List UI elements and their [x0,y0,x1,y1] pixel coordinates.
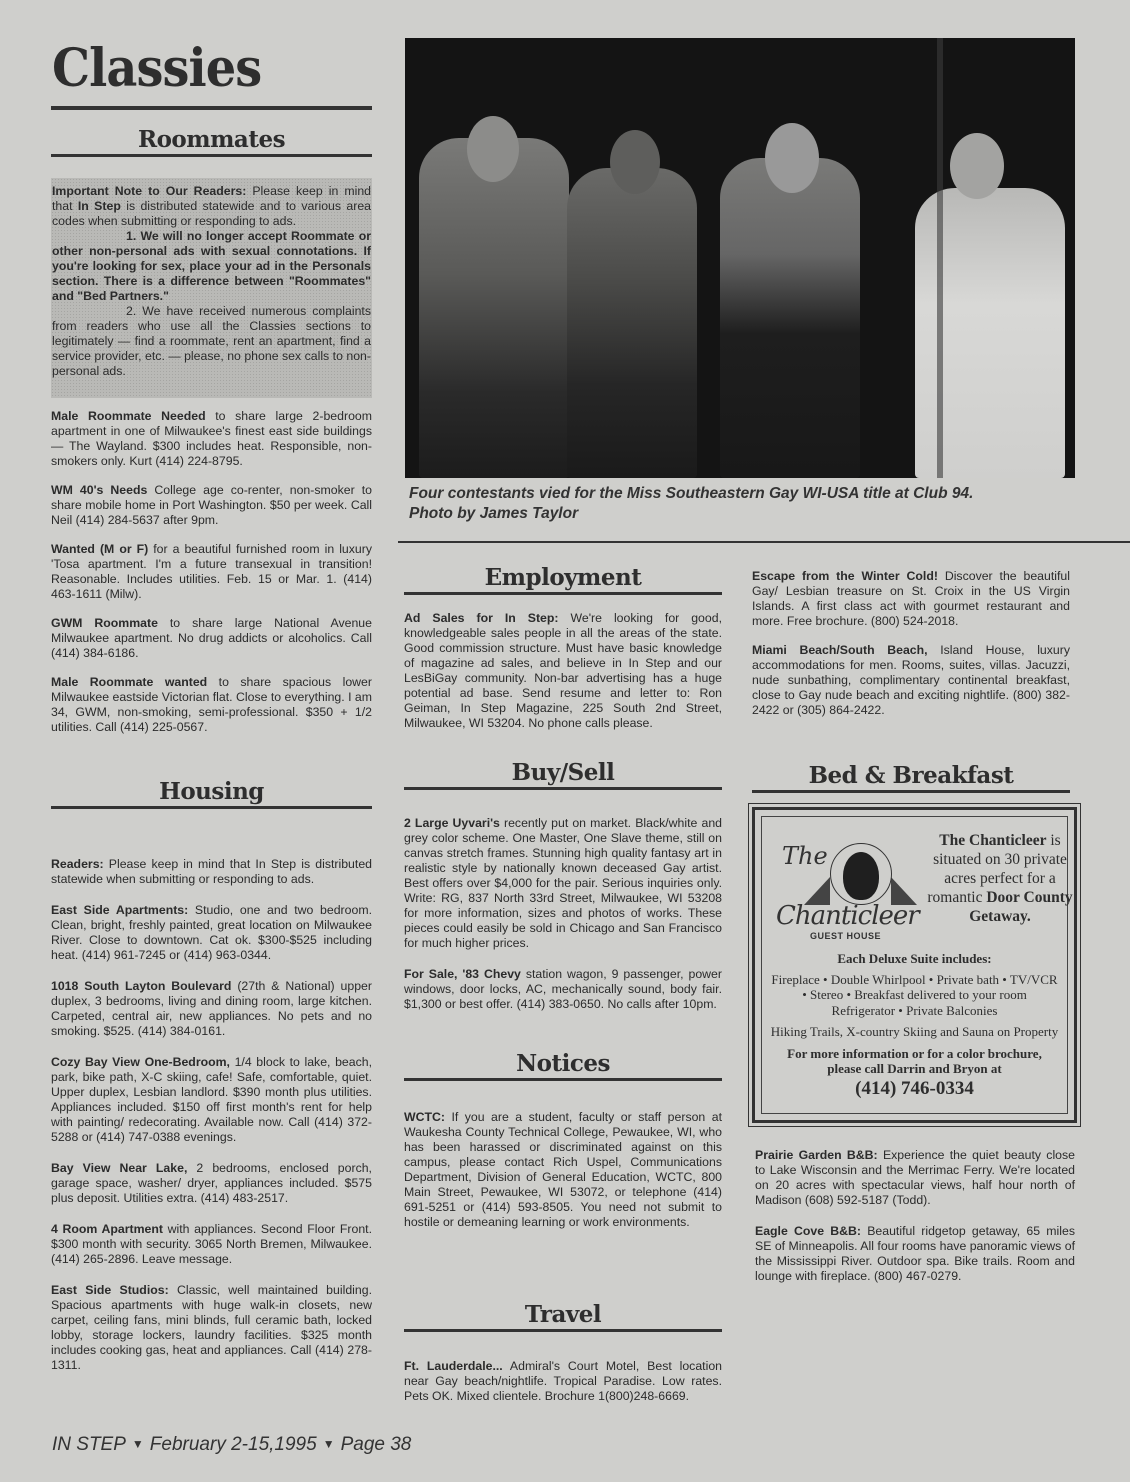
amenities-list: Fireplace • Double Whirlpool • Private b… [770,972,1059,1019]
suite-header: Each Deluxe Suite includes: [770,951,1059,967]
divider [404,592,722,595]
classified-ad: Escape from the Winter Cold! Discover th… [752,569,1070,629]
travel-list-continued: Escape from the Winter Cold! Discover th… [752,569,1070,732]
classified-ad: Readers: Please keep in mind that In Ste… [51,857,372,887]
divider [752,790,1070,793]
classified-ad: WCTC: If you are a student, faculty or s… [404,1110,722,1230]
issue-date: February 2-15,1995 [150,1434,317,1455]
employment-list: Ad Sales for In Step: We're looking for … [404,611,722,745]
divider [51,106,372,110]
photo-caption: Four contestants vied for the Miss South… [409,484,1089,524]
buysell-list: 2 Large Uyvari's recently put on market.… [404,816,722,1026]
classified-ad: 4 Room Apartment with appliances. Second… [51,1222,372,1267]
triangle-icon: ▼ [132,1437,144,1451]
classified-ad: Ad Sales for In Step: We're looking for … [404,611,722,731]
notice-point-1: 1. We will no longer accept Roommate or … [52,229,371,303]
divider [404,787,722,790]
section-heading-travel: Travel [404,1301,722,1328]
classified-ad: Male Roommate wanted to share spacious l… [51,675,372,735]
divider [51,154,372,157]
travel-list: Ft. Lauderdale... Admiral's Court Motel,… [404,1359,722,1418]
classified-ad: Bay View Near Lake, 2 bedrooms, enclosed… [51,1161,372,1206]
classified-ad: For Sale, '83 Chevy station wagon, 9 pas… [404,967,722,1012]
section-heading-employment: Employment [404,564,722,591]
classified-ad: Cozy Bay View One-Bedroom, 1/4 block to … [51,1055,372,1145]
classified-ad: 1018 South Layton Boulevard (27th & Nati… [51,979,372,1039]
notice-lead: Important Note to Our Readers: [52,184,246,198]
roommates-notice-box: Important Note to Our Readers: Please ke… [51,178,372,398]
newspaper-page: Classies Roommates Important Note to Our… [0,0,1130,1482]
classified-ad: East Side Studios: Classic, well maintai… [51,1283,372,1373]
roommates-list: Male Roommate Needed to share large 2-be… [51,409,372,749]
chanticleer-display-ad: The Chanticleer GUEST HOUSE The Chanticl… [752,807,1077,1123]
section-heading-roommates: Roommates [51,126,372,153]
page-footer: IN STEP▼February 2-15,1995▼Page 38 [52,1434,411,1456]
divider [51,806,372,809]
chanticleer-logo: Chanticleer [776,901,919,931]
page-title: Classies [52,38,261,99]
extras: Hiking Trails, X-country Skiing and Saun… [770,1024,1059,1040]
classified-ad: WM 40's Needs College age co-renter, non… [51,483,372,528]
classified-ad: Ft. Lauderdale... Admiral's Court Motel,… [404,1359,722,1404]
section-heading-housing: Housing [51,778,372,805]
section-heading-bnb: Bed & Breakfast [752,762,1070,789]
rooster-icon [830,843,892,905]
divider [404,1329,722,1332]
notices-list: WCTC: If you are a student, faculty or s… [404,1110,722,1244]
divider [404,1078,722,1081]
classified-ad: Miami Beach/South Beach, Island House, l… [752,643,1070,718]
page-number: Page 38 [341,1434,412,1455]
housing-list: Readers: Please keep in mind that In Ste… [51,857,372,1387]
chanticleer-intro: The Chanticleer is situated on 30 privat… [920,831,1080,926]
contact-cta: For more information or for a color broc… [770,1046,1059,1077]
classified-ad: Prairie Garden B&B: Experience the quiet… [755,1148,1075,1208]
classified-ad: Wanted (M or F) for a beautiful furnishe… [51,542,372,602]
classified-ad: Eagle Cove B&B: Beautiful ridgetop getaw… [755,1224,1075,1284]
bnb-list: Prairie Garden B&B: Experience the quiet… [755,1148,1075,1298]
notice-point-2: 2. We have received numerous complaints … [52,304,371,378]
classified-ad: GWM Roommate to share large National Ave… [51,616,372,661]
classified-ad: Male Roommate Needed to share large 2-be… [51,409,372,469]
section-heading-buysell: Buy/Sell [404,759,722,786]
triangle-icon: ▼ [323,1437,335,1451]
photo-credit: Photo by James Taylor [409,504,1089,524]
contestants-photo [405,38,1075,478]
section-heading-notices: Notices [404,1050,722,1077]
divider [398,541,1130,543]
classified-ad: 2 Large Uyvari's recently put on market.… [404,816,722,951]
contact-phone: (414) 746-0334 [770,1077,1059,1101]
classified-ad: East Side Apartments: Studio, one and tw… [51,903,372,963]
publication-name: IN STEP [52,1434,126,1455]
